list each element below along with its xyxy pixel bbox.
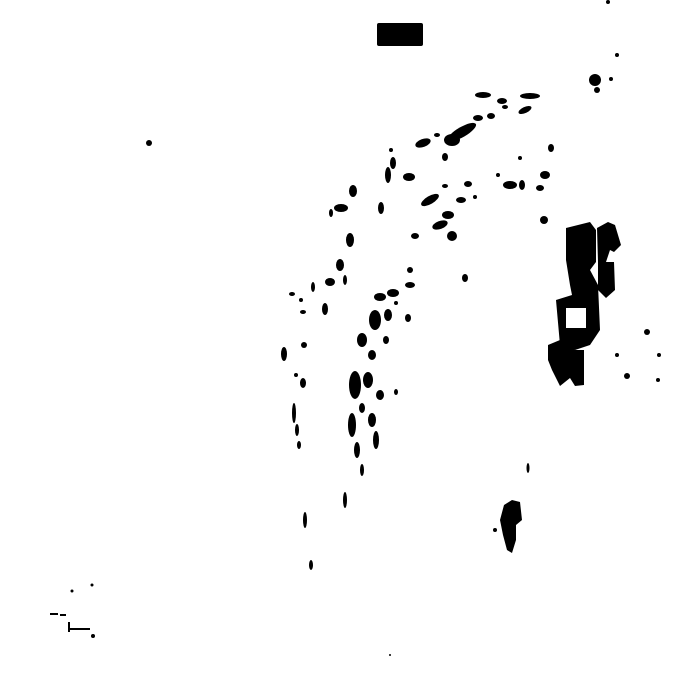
top-rectangle xyxy=(377,23,423,46)
binarized-photo xyxy=(0,0,700,700)
